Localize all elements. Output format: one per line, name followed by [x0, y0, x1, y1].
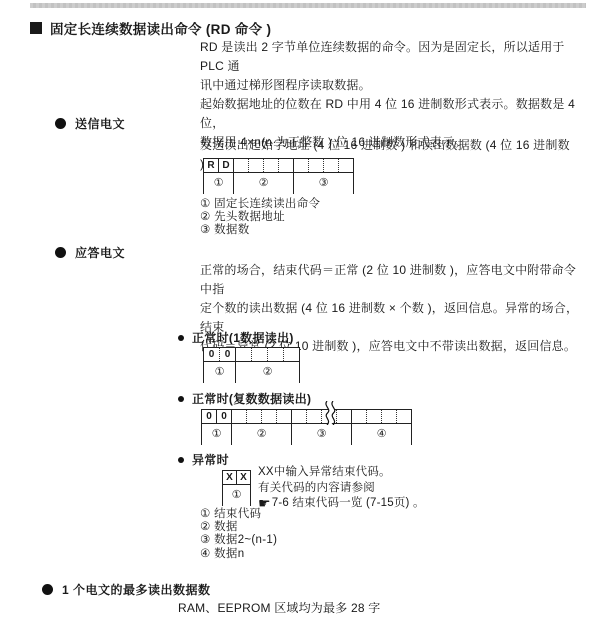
normal-multi-table: 00①②③④ — [201, 406, 412, 445]
error-notes: XX中输入异常结束代码。 有关代码的内容请参阅 ☛ 7-6 结束代码一览 (7-… — [258, 465, 425, 512]
message-cells-row: XX — [222, 470, 251, 485]
sub-bullet-icon — [178, 396, 184, 402]
message-cell — [247, 410, 262, 423]
page-title: 固定长连续数据读出命令 (RD 命令 ) — [50, 18, 271, 38]
legend-item: ① 结束代码 — [200, 508, 277, 521]
send-heading-label: 送信电文 — [75, 115, 125, 132]
message-cell — [397, 410, 411, 423]
message-cell — [277, 410, 291, 423]
message-cell — [262, 410, 277, 423]
send-legend: ① 固定长连续读出命令 ② 先头数据地址 ③ 数据数 — [200, 198, 320, 238]
message-cell — [252, 348, 268, 361]
message-cell — [279, 159, 293, 172]
page-header-rule — [30, 3, 586, 8]
message-cell: D — [219, 159, 233, 172]
message-labels-row: ①②③ — [203, 173, 354, 194]
bullet-icon — [55, 118, 66, 129]
group-label: ② — [234, 173, 294, 194]
max-read-heading: 1 个电文的最多读出数据数 — [42, 581, 211, 598]
message-cell: X — [237, 471, 250, 484]
group-label: ② — [232, 424, 292, 445]
group-label: ③ — [292, 424, 352, 445]
break-mark-icon — [323, 401, 337, 425]
response-heading-label: 应答电文 — [75, 244, 125, 261]
group-label: ② — [236, 362, 300, 383]
send-section-heading: 送信电文 — [55, 115, 125, 132]
legend-item: ④ 数据n — [200, 548, 277, 561]
error-label: 异常时 — [192, 451, 229, 468]
error-note-line: XX中输入异常结束代码。 — [258, 465, 425, 481]
message-cell: 0 — [217, 410, 231, 423]
group-label: ① — [204, 362, 236, 383]
message-cell — [249, 159, 264, 172]
normal-multi-label: 正常时(复数数据读出) — [192, 390, 311, 407]
reference-line: ☛ 7-6 结束代码一览 (7-15页) 。 — [258, 496, 425, 512]
message-cell — [232, 410, 247, 423]
reference-text: 7-6 结束代码一览 (7-15页) 。 — [272, 496, 425, 512]
message-cells-row: 00 — [203, 347, 300, 362]
message-cell: 0 — [220, 348, 235, 361]
message-cell — [307, 410, 322, 423]
message-cell — [264, 159, 279, 172]
message-cell — [234, 159, 249, 172]
error-note-line: 有关代码的内容请参阅 — [258, 481, 425, 497]
message-cells-row: 00 — [201, 409, 412, 424]
message-labels-row: ①② — [203, 362, 300, 383]
message-cell: R — [204, 159, 219, 172]
sub-bullet-icon — [178, 335, 184, 341]
manual-page: { "header": { "title": "固定长连续数据读出命令 (RD … — [0, 0, 591, 626]
max-read-label: 1 个电文的最多读出数据数 — [62, 581, 211, 598]
group-label: ③ — [294, 173, 354, 194]
message-cell: X — [223, 471, 237, 484]
group-label: ① — [223, 485, 251, 506]
message-cell — [292, 410, 307, 423]
message-cell — [324, 159, 339, 172]
max-read-value: RAM、EEPROM 区域均为最多 28 字 — [178, 599, 380, 618]
normal-multi-heading: 正常时(复数数据读出) — [178, 390, 311, 407]
group-label: ① — [204, 173, 234, 194]
error-heading: 异常时 — [178, 451, 229, 468]
section-square-icon — [30, 22, 42, 34]
bullet-icon — [55, 247, 66, 258]
message-cell — [352, 410, 367, 423]
message-cell — [339, 159, 353, 172]
message-cell — [236, 348, 252, 361]
message-cell: 0 — [202, 410, 217, 423]
normal-single-table: 00①② — [203, 344, 300, 383]
message-cell — [284, 348, 299, 361]
message-labels-row: ① — [222, 485, 251, 506]
message-cell — [367, 410, 382, 423]
send-message-table: RD①②③ — [203, 155, 354, 194]
message-cell — [294, 159, 309, 172]
message-cell — [268, 348, 284, 361]
group-label: ① — [202, 424, 232, 445]
group-label: ④ — [352, 424, 412, 445]
legend-item: ① 固定长连续读出命令 — [200, 198, 320, 211]
legend-item: ② 先头数据地址 — [200, 211, 320, 224]
sub-bullet-icon — [178, 457, 184, 463]
error-message-table: XX① — [222, 467, 251, 506]
message-cells-row: RD — [203, 158, 354, 173]
legend-item: ② 数据 — [200, 521, 277, 534]
response-legend: ① 结束代码 ② 数据 ③ 数据2~(n-1) ④ 数据n — [200, 508, 277, 561]
message-labels-row: ①②③④ — [201, 424, 412, 445]
response-section-heading: 应答电文 — [55, 244, 125, 261]
legend-item: ③ 数据2~(n-1) — [200, 534, 277, 547]
message-cell — [382, 410, 397, 423]
page-title-row: 固定长连续数据读出命令 (RD 命令 ) — [30, 18, 271, 38]
message-cell — [309, 159, 324, 172]
bullet-icon — [42, 584, 53, 595]
message-cell — [337, 410, 351, 423]
intro-paragraph: RD 是读出 2 字节单位连续数据的命令。因为是固定长，所以适用于 PLC 通 … — [200, 38, 586, 152]
message-cell: 0 — [204, 348, 220, 361]
legend-item: ③ 数据数 — [200, 224, 320, 237]
